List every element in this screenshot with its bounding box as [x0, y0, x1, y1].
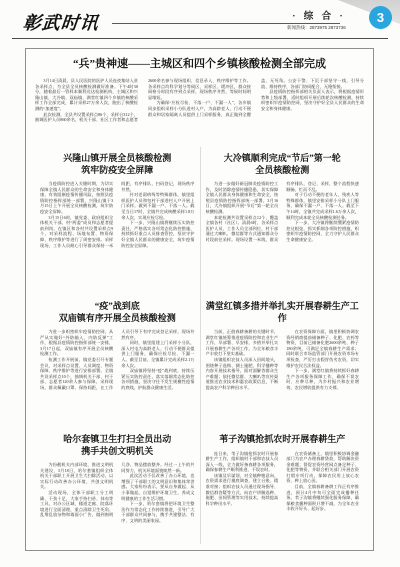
article-mantanghong-body: 当前，正值春耕备耕的关键时节，满堂红镇统筹推进疫情防控和农业生产工作，早部署、早…	[206, 329, 360, 428]
article-shuangmiao-body: 为进一步织密织牢疫情防控网，从严从实做好“外防输入、内防反弹”工作，根据县疫情防…	[40, 329, 195, 428]
article-shuangmiao: “疫”战到底双庙镇有序开展全员核酸检测 为进一步织密织牢疫情防控网，从严从实做好…	[35, 295, 200, 428]
article-xinglongshan: 兴隆山镇开展全员核酸检测筑牢防疫安全屏障 当疫情防控进入关键时期，为切实保障全镇…	[35, 147, 200, 295]
article-haertao: 哈尔套镇卫生打扫全员出动携手共创文明机关 为扮靓机关内部环境，推进文明机关建设，…	[35, 428, 200, 544]
article-mantanghong: 满堂红镇多措并举扎实开展春耕生产工作 当前，正值春耕备耕的关键时节，满堂红镇统筹…	[200, 295, 365, 428]
article-row-4: 哈尔套镇卫生打扫全员出动携手共创文明机关 为扮靓机关内部环境，推进文明机关建设，…	[35, 428, 364, 544]
section-label: · 综 合 ·	[286, 8, 352, 22]
article-main: “兵”贵神速——主城区和四个乡镇核酸检测全部完成 3月14日清晨，县人民医院的医…	[35, 54, 364, 147]
article-main-body: 3月14日清晨，县人民医院的医护人员连夜集结入驻各采样点，为全县全员核酸检测做好…	[35, 78, 364, 142]
article-haertao-title: 哈尔套镇卫生打扫全员出动携手共创文明机关	[40, 434, 195, 457]
article-mantanghong-title: 满堂红镇多措并举扎实开展春耕生产工作	[206, 301, 360, 324]
header-rule	[12, 38, 388, 39]
article-weizigou-title: 苇子沟镇抢抓农时开展春耕生产	[206, 434, 360, 446]
article-weizigou: 苇子沟镇抢抓农时开展春耕生产 连日来，苇子沟镇抢抓农时开展春耕生产工作，组织镇村…	[200, 428, 365, 544]
articles-frame: “兵”贵神速——主城区和四个乡镇核酸检测全部完成 3月14日清晨，县人民医院的医…	[25, 48, 374, 551]
newspaper-masthead: 彰武时讯	[22, 9, 101, 35]
masthead-rule	[112, 23, 340, 24]
article-xinglongshan-body: 当疫情防控进入关键时期，为切实保障全镇人民群众的生命安全和身体健康，有效阻断疫情…	[40, 181, 195, 295]
article-row-3: “疫”战到底双庙镇有序开展全员核酸检测 为进一步织密织牢疫情防控网，从严从实做好…	[35, 295, 364, 428]
article-row-2: 兴隆山镇开展全员核酸检测筑牢防疫安全屏障 当疫情防控进入关键时期，为切实保障全镇…	[35, 147, 364, 295]
article-weizigou-body: 连日来，苇子沟镇抢抓农时开展春耕生产工作，组织镇村干部和农技人员深入一线，全力做…	[206, 451, 360, 545]
article-xinglongshan-title: 兴隆山镇开展全员核酸检测筑牢防疫安全屏障	[40, 153, 195, 176]
news-hotline: 新闻热线：2873975 2873736	[287, 25, 367, 31]
article-haertao-body: 为扮靓机关内部环境，推进文明机关建设，3月18日，哈尔套镇组织全体机关干部职工开…	[40, 462, 195, 544]
article-daleng-title: 大冷镇顺利完成“节后”第一轮全员核酸检测	[206, 153, 360, 176]
article-daleng-body: 为进一步做好新冠肺炎疫情防控工作，及时消除疫情传播隐患，切实保障全镇人民群众身体…	[206, 181, 360, 295]
article-shuangmiao-title: “疫”战到底双庙镇有序开展全员核酸检测	[40, 301, 195, 324]
page-number-badge: 3	[369, 6, 392, 29]
article-daleng: 大冷镇顺利完成“节后”第一轮全员核酸检测 为进一步做好新冠肺炎疫情防控工作，及时…	[200, 147, 365, 295]
article-main-title: “兵”贵神速——主城区和四个乡镇核酸检测全部完成	[35, 57, 364, 71]
